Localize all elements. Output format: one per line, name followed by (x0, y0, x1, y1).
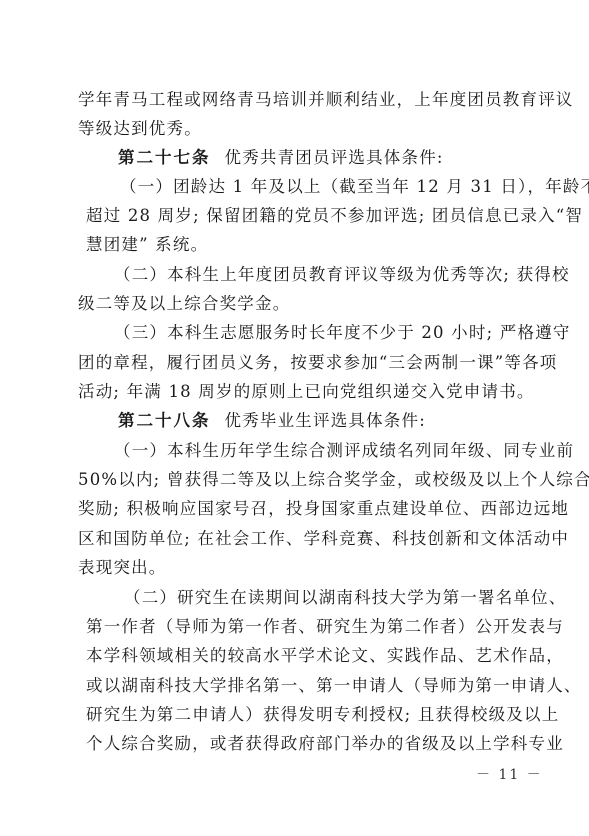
page-number: － 11 － (476, 764, 543, 784)
paragraph-line: 个人综合奖励，或者获得政府部门举办的省级及以上学科专业 (86, 734, 514, 754)
paragraph-line: （二）研究生在读期间以湖南科技大学为第一署名单位、 (124, 588, 514, 608)
paragraph-line: 或以湖南科技大学排名第一、第一申请人（导师为第一申请人、 (86, 676, 514, 696)
paragraph-line: 本学科领域相关的较高水平学术论文、实践作品、艺术作品， (86, 646, 514, 666)
paragraph-line: 慧团建” 系统。 (86, 235, 208, 255)
paragraph-line: 级二等及以上综合奖学金。 (78, 294, 290, 314)
paragraph-line: 表现突出。 (78, 558, 167, 578)
article-number: 第二十八条 (118, 411, 211, 430)
article-number: 第二十七条 (118, 148, 211, 167)
paragraph-line: （三）本科生志愿服务时长年度不少于 20 小时; 严格遵守 (114, 323, 520, 343)
paragraph-line: 超过 28 周岁; 保留团籍的党员不参加评选; 团员信息已录入“智 (86, 206, 520, 226)
paragraph-line: 50%以内; 曾获得二等及以上综合奖学金，或校级及以上个人综合 (78, 470, 520, 490)
paragraph-line: 研究生为第二申请人）获得发明专利授权; 且获得校级及以上 (86, 705, 514, 725)
article-27-heading: 第二十七条优秀共青团员评选具体条件: (118, 148, 444, 168)
document-page: 学年青马工程或网络青马培训并顺利结业，上年度团员教育评议 等级达到优秀。 第二十… (0, 0, 589, 836)
paragraph-line: 团的章程，履行团员义务，按要求参加“三会两制一课”等各项 (78, 353, 520, 373)
paragraph-line: （一）本科生历年学生综合测评成绩名列同年级、同专业前 (114, 441, 520, 461)
paragraph-line: 活动; 年满 18 周岁的原则上已向党组织递交入党申请书。 (78, 382, 535, 402)
paragraph-line: （一）团龄达 1 年及以上（截至当年 12 月 31 日），年龄不 (120, 177, 520, 197)
paragraph-line: 学年青马工程或网络青马培训并顺利结业，上年度团员教育评议 (78, 90, 520, 110)
paragraph-line: 第一作者（导师为第一作者、研究生为第二作者）公开发表与 (86, 617, 514, 637)
paragraph-line: 区和国防单位; 在社会工作、学科竞赛、科技创新和文体活动中 (78, 529, 520, 549)
paragraph-line: 等级达到优秀。 (78, 119, 202, 139)
paragraph-line: （二）本科生上年度团员教育评议等级为优秀等次; 获得校 (114, 265, 520, 285)
article-title: 优秀毕业生评选具体条件: (225, 411, 426, 430)
article-title: 优秀共青团员评选具体条件: (225, 148, 444, 167)
article-28-heading: 第二十八条优秀毕业生评选具体条件: (118, 411, 426, 431)
paragraph-line: 奖励; 积极响应国家号召，投身国家重点建设单位、西部边远地 (78, 499, 520, 519)
